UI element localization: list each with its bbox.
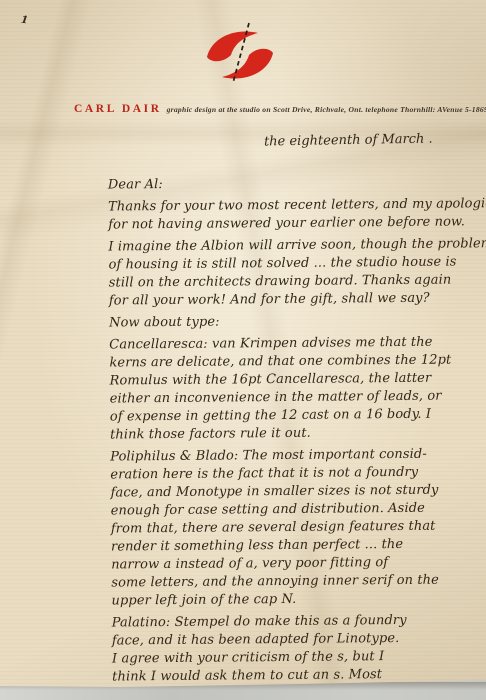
hand-line: upper left join of the cap N. <box>111 589 456 610</box>
page-number-mark: 1 <box>20 15 28 27</box>
paragraph-thanks: Thanks for your two most recent letters,… <box>108 196 453 235</box>
hand-line: of expense in getting the 12 cast on a 1… <box>110 405 455 426</box>
letter-paper: 1 CARL DAIRgraphic design at the studio … <box>0 0 486 700</box>
paragraph-palatino: Palatino: Stempel do make this as a foun… <box>112 611 458 686</box>
letterhead-tagline: graphic design at the studio on Scott Dr… <box>167 105 486 114</box>
paragraph-poliphilus-blado: Poliphilus & Blado: The most important c… <box>110 445 456 610</box>
hand-line: think those factors rule it out. <box>110 423 455 444</box>
hand-line: Now about type: <box>109 311 454 332</box>
salutation: Dear Al: <box>108 174 453 195</box>
carl-dair-monogram-icon <box>198 20 282 86</box>
letter-body: Dear Al: Thanks for your two most recent… <box>108 174 457 687</box>
hand-line: some letters, and the annoying inner ser… <box>111 571 456 592</box>
letterhead: CARL DAIRgraphic design at the studio on… <box>74 97 474 116</box>
letterhead-name: CARL DAIR <box>74 103 162 115</box>
paragraph-albion: I imagine the Albion will arrive soon, t… <box>108 236 454 311</box>
scanned-letter: 1 CARL DAIRgraphic design at the studio … <box>0 0 486 700</box>
paragraph-now-about-type: Now about type: <box>109 311 454 332</box>
hand-line: from that, there are several design feat… <box>111 517 456 538</box>
hand-line: Palatino: Stempel do make this as a foun… <box>112 611 457 632</box>
paragraph-cancellaresca: Cancellaresca: van Krimpen advises me th… <box>109 333 455 444</box>
hand-line: for all your work! And for the gift, sha… <box>109 289 454 310</box>
date-line: the eighteenth of March . <box>264 132 433 150</box>
hand-line: for not having answered your earlier one… <box>108 214 453 235</box>
